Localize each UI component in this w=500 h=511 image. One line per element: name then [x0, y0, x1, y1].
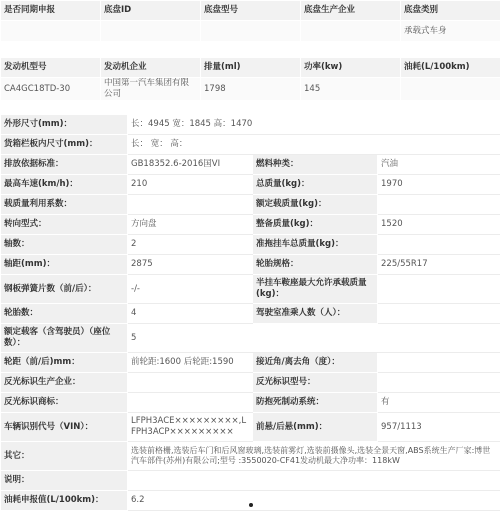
- label-notes: 说明：: [1, 471, 128, 491]
- label-rated-load: 额定载质量(kg)：: [253, 195, 378, 215]
- header-engine-model: 发动机型号: [1, 58, 101, 78]
- label-other: 其它：: [1, 442, 128, 471]
- label-reflector-brand: 反光标识商标：: [1, 393, 128, 413]
- label-max-speed: 最高车速(km/h)：: [1, 175, 128, 195]
- value-gross-mass: 1970: [378, 175, 500, 195]
- value-abs: 有: [378, 393, 500, 413]
- value-overhang: 957/1113: [378, 413, 500, 442]
- label-rated-seats: 额定载客（含驾驶员）（座位数）：: [1, 324, 128, 353]
- chassis-value-row: 承载式车身: [1, 21, 500, 42]
- chassis-table: 是否同期申报 底盘ID 底盘型号 底盘生产企业 底盘类别 承载式车身: [0, 0, 500, 42]
- label-cargo-dimensions: 货箱栏板内尺寸(mm)：: [1, 135, 128, 155]
- value-load-util: [128, 195, 253, 215]
- engine-value-row: CA4GC18TD-30 中国第一汽车集团有限公司 1798 145: [1, 78, 500, 101]
- value-chassis-model: [201, 21, 301, 42]
- value-rated-load: [378, 195, 500, 215]
- spec-table: 外形尺寸(mm)： 长：4945 宽：1845 高：1470 货箱栏板内尺寸(m…: [0, 114, 500, 511]
- value-same-period: [1, 21, 101, 42]
- label-tire-count: 轮胎数：: [1, 304, 128, 324]
- label-track: 轮距（前/后)mm：: [1, 353, 128, 373]
- value-axles: 2: [128, 235, 253, 255]
- label-leaf-springs: 钢板弹簧片数（前/后）：: [1, 275, 128, 304]
- value-other: 选装前格栅,选装后车门和后风窗玻璃,选装前雾灯,选装前摄像头,选装全景天窗,AB…: [128, 442, 500, 471]
- value-fuel-consumption-declared: 6.2: [128, 491, 500, 511]
- header-same-period: 是否同期申报: [1, 1, 101, 21]
- label-angles: 接近角/离去角（度）：: [253, 353, 378, 373]
- value-chassis-type: 承载式车身: [401, 21, 500, 42]
- value-emission: GB18352.6-2016国VI: [128, 155, 253, 175]
- spec-row-other: 其它： 选装前格栅,选装后车门和后风窗玻璃,选装前雾灯,选装前摄像头,选装全景天…: [1, 442, 500, 471]
- value-dimensions: 长：4945 宽：1845 高：1470: [128, 115, 500, 135]
- value-fuel-consumption: [401, 78, 500, 101]
- engine-table: 发动机型号 发动机企业 排量(ml) 功率(kw) 油耗(L/100km) CA…: [0, 57, 500, 101]
- label-wheelbase: 轴距(mm)：: [1, 255, 128, 275]
- header-displacement: 排量(ml): [201, 58, 301, 78]
- cursor-dot-icon: [249, 503, 253, 507]
- header-power: 功率(kw): [301, 58, 401, 78]
- spec-row-seats: 额定载客（含驾驶员）（座位数）： 5: [1, 324, 500, 353]
- spec-row-axles: 轴数： 2 准拖挂车总质量(kg)：: [1, 235, 500, 255]
- chassis-header-row: 是否同期申报 底盘ID 底盘型号 底盘生产企业 底盘类别: [1, 1, 500, 21]
- spec-row-notes: 说明：: [1, 471, 500, 491]
- label-load-util: 载质量利用系数：: [1, 195, 128, 215]
- label-trailer-mass: 准拖挂车总质量(kg)：: [253, 235, 378, 255]
- label-gross-mass: 总质量(kg)：: [253, 175, 378, 195]
- value-notes: [128, 471, 500, 491]
- value-tire-spec: 225/55R17: [378, 255, 500, 275]
- label-vin: 车辆识别代号（VIN）：: [1, 413, 128, 442]
- spec-row-abs: 反光标识商标： 防抱死制动系统： 有: [1, 393, 500, 413]
- header-chassis-id: 底盘ID: [101, 1, 201, 21]
- label-cab-passengers: 驾驶室准乘人数（人）：: [253, 304, 378, 324]
- spec-row-dimensions: 外形尺寸(mm)： 长：4945 宽：1845 高：1470: [1, 115, 500, 135]
- spec-row-vin: 车辆识别代号（VIN）： LFPH3ACE×××××××××,LFPH3ACP×…: [1, 413, 500, 442]
- value-track: 前轮距:1600 后轮距:1590: [128, 353, 253, 373]
- value-reflector-maker: [128, 373, 253, 393]
- value-semi-trailer-load: [378, 275, 500, 304]
- value-steering: 方向盘: [128, 215, 253, 235]
- spec-row-cargo-dimensions: 货箱栏板内尺寸(mm)： 长： 宽： 高：: [1, 135, 500, 155]
- header-engine-maker: 发动机企业: [101, 58, 201, 78]
- value-chassis-id: [101, 21, 201, 42]
- label-fuel-consumption-declared: 油耗申报值(L/100km)：: [1, 491, 128, 511]
- value-tire-count: 4: [128, 304, 253, 324]
- header-chassis-type: 底盘类别: [401, 1, 500, 21]
- spec-row-load: 载质量利用系数： 额定载质量(kg)：: [1, 195, 500, 215]
- value-fuel-type: 汽油: [378, 155, 500, 175]
- value-rated-seats: 5: [128, 324, 500, 353]
- spec-row-emission: 排放依据标准： GB18352.6-2016国VI 燃料种类： 汽油: [1, 155, 500, 175]
- label-semi-trailer-load: 半挂车鞍座最大允许承载质量(kg)：: [253, 275, 378, 304]
- spec-row-springs: 钢板弹簧片数（前/后）： -/- 半挂车鞍座最大允许承载质量(kg)：: [1, 275, 500, 304]
- value-reflector-brand: [128, 393, 253, 413]
- header-fuel-consumption: 油耗(L/100km): [401, 58, 500, 78]
- value-chassis-maker: [301, 21, 401, 42]
- value-leaf-springs: -/-: [128, 275, 253, 304]
- label-axles: 轴数：: [1, 235, 128, 255]
- label-tire-spec: 轮胎规格：: [253, 255, 378, 275]
- label-fuel-type: 燃料种类：: [253, 155, 378, 175]
- value-cab-passengers: [378, 304, 500, 324]
- label-reflector-model: 反光标识型号：: [253, 373, 378, 393]
- label-steering: 转向型式：: [1, 215, 128, 235]
- header-chassis-model: 底盘型号: [201, 1, 301, 21]
- spec-row-reflector: 反光标识生产企业： 反光标识型号：: [1, 373, 500, 393]
- value-reflector-model: [378, 373, 500, 393]
- label-curb-mass: 整备质量(kg)：: [253, 215, 378, 235]
- value-max-speed: 210: [128, 175, 253, 195]
- label-overhang: 前悬/后悬(mm)：: [253, 413, 378, 442]
- spec-row-speed: 最高车速(km/h)： 210 总质量(kg)： 1970: [1, 175, 500, 195]
- label-reflector-maker: 反光标识生产企业：: [1, 373, 128, 393]
- spec-row-fuel-consumption: 油耗申报值(L/100km)： 6.2: [1, 491, 500, 511]
- value-engine-maker: 中国第一汽车集团有限公司: [101, 78, 201, 101]
- value-power: 145: [301, 78, 401, 101]
- label-emission: 排放依据标准：: [1, 155, 128, 175]
- spec-row-steering: 转向型式： 方向盘 整备质量(kg)： 1520: [1, 215, 500, 235]
- label-abs: 防抱死制动系统：: [253, 393, 378, 413]
- value-vin: LFPH3ACE×××××××××,LFPH3ACP×××××××××: [128, 413, 253, 442]
- value-cargo-dimensions: 长： 宽： 高：: [128, 135, 500, 155]
- spec-row-wheelbase: 轴距(mm)： 2875 轮胎规格： 225/55R17: [1, 255, 500, 275]
- spec-row-track: 轮距（前/后)mm： 前轮距:1600 后轮距:1590 接近角/离去角（度）：: [1, 353, 500, 373]
- value-engine-model: CA4GC18TD-30: [1, 78, 101, 101]
- header-chassis-maker: 底盘生产企业: [301, 1, 401, 21]
- value-angles: [378, 353, 500, 373]
- engine-header-row: 发动机型号 发动机企业 排量(ml) 功率(kw) 油耗(L/100km): [1, 58, 500, 78]
- value-wheelbase: 2875: [128, 255, 253, 275]
- value-trailer-mass: [378, 235, 500, 255]
- value-curb-mass: 1520: [378, 215, 500, 235]
- label-dimensions: 外形尺寸(mm)：: [1, 115, 128, 135]
- value-displacement: 1798: [201, 78, 301, 101]
- spec-row-tires: 轮胎数： 4 驾驶室准乘人数（人）：: [1, 304, 500, 324]
